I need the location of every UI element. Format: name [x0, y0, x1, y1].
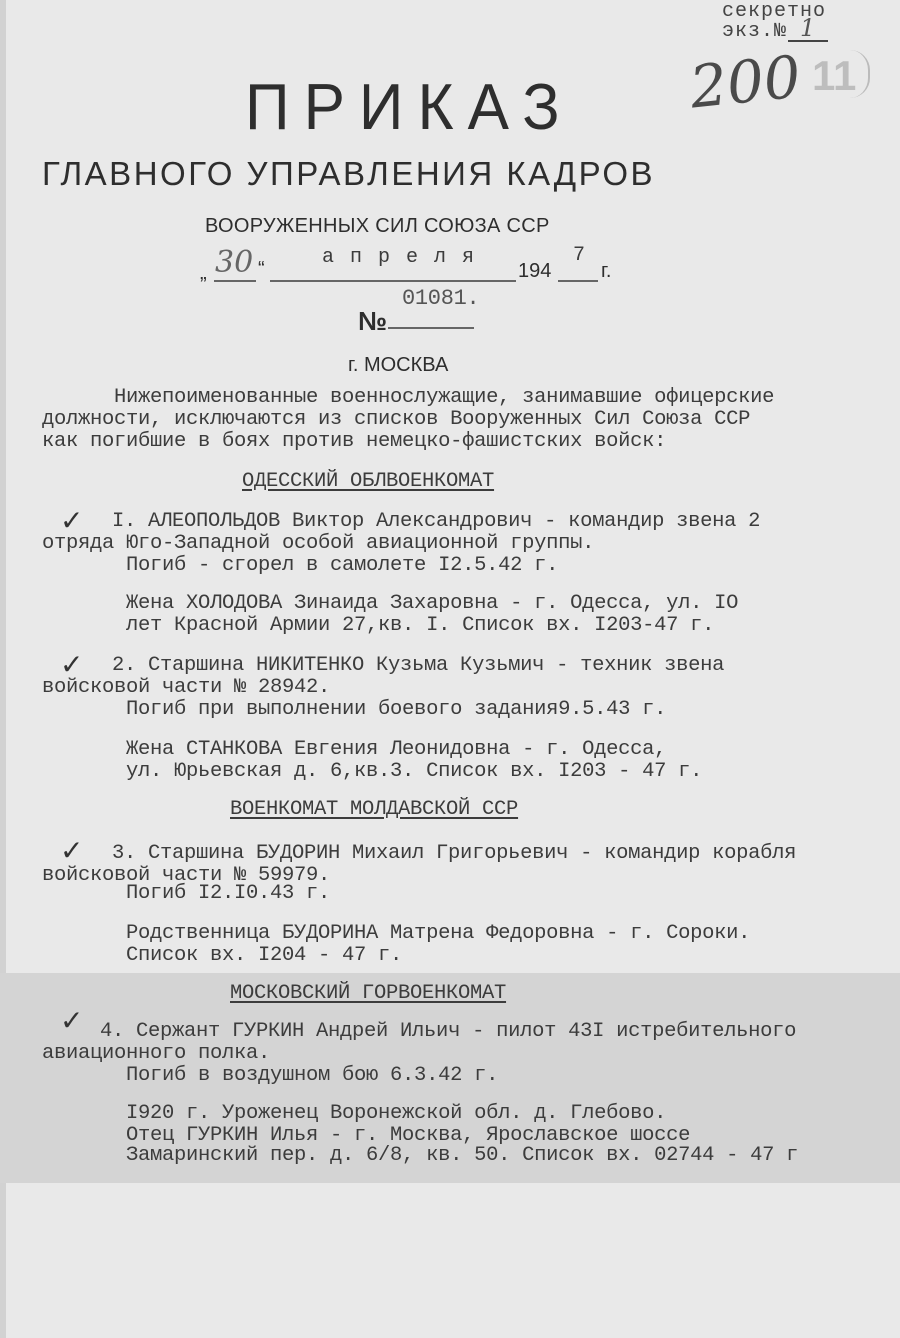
date-month: а п р е л я — [322, 246, 476, 269]
entry-4-line-1: 4. Сержант ГУРКИН Андрей Ильич - пилот 4… — [64, 1020, 796, 1043]
section-heading-moscow: МОСКОВСКИЙ ГОРВОЕНКОМАТ — [230, 982, 506, 1005]
date-day-rule — [214, 280, 256, 282]
date-year-rule — [558, 280, 598, 282]
date-year-unit: г. — [601, 260, 611, 283]
entry-1-line-3: Погиб - сгорел в самолете I2.5.42 г. — [42, 554, 558, 577]
date-year-prefix: 194 — [518, 260, 551, 283]
stamp-bracket — [848, 50, 870, 98]
document-title: ПРИКАЗ — [245, 70, 574, 145]
entry-2-line-3: Погиб при выполнении боевого задания9.5.… — [42, 698, 666, 721]
entry-4-line-2: авиационного полка. — [42, 1042, 270, 1065]
intro-line-3: как погибшие в боях против немецко-фашис… — [42, 430, 666, 453]
handwritten-number: 200 — [687, 42, 804, 121]
entry-3-line-3: Погиб I2.I0.43 г. — [42, 882, 330, 905]
date-open-quote: „ — [200, 262, 207, 285]
entry-1-line-1: I. АЛЕОПОЛЬДОВ Виктор Александрович - ко… — [88, 510, 760, 533]
document-subtitle-2: ВООРУЖЕННЫХ СИЛ СОЮЗА ССР — [205, 215, 550, 238]
order-number-label: № — [358, 306, 387, 337]
city: г. МОСКВА — [348, 354, 448, 377]
intro-line-2: должности, исключаются из списков Вооруж… — [42, 408, 750, 431]
entry-2-relative-2: ул. Юрьевская д. 6,кв.3. Список вх. I203… — [42, 760, 702, 783]
order-number-rule — [388, 327, 474, 329]
intro-line-1: Нижепоименованные военнослужащие, занима… — [42, 386, 774, 409]
order-number-value: 01081. — [402, 286, 479, 311]
entry-3-relative-2: Список вх. I204 - 47 г. — [42, 944, 402, 967]
entry-3-line-1: 3. Старшина БУДОРИН Михаил Григорьевич -… — [88, 842, 796, 865]
entry-2-relative-1: Жена СТАНКОВА Евгения Леонидовна - г. Од… — [42, 738, 666, 761]
entry-3-relative-1: Родственница БУДОРИНА Матрена Федоровна … — [42, 922, 750, 945]
date-close-quote: “ — [258, 258, 265, 281]
entry-4-relative-1: I920 г. Уроженец Воронежской обл. д. Гле… — [42, 1102, 666, 1125]
date-year-suffix: 7 — [573, 244, 585, 267]
entry-1-line-2: отряда Юго-Западной особой авиационной г… — [42, 532, 594, 555]
date-day: 30 — [215, 245, 253, 280]
entry-4-relative-3: Замаринский пер. д. 6/8, кв. 50. Список … — [42, 1144, 798, 1167]
section-heading-odessa: ОДЕССКИЙ ОБЛВОЕНКОМАТ — [242, 470, 494, 493]
copy-label: экз.№ — [722, 20, 787, 43]
entry-2-line-1: 2. Старшина НИКИТЕНКО Кузьма Кузьмич - т… — [88, 654, 724, 677]
check-mark-icon: ✓ — [60, 834, 83, 867]
copy-number: 1 — [800, 14, 815, 42]
section-heading-moldavia: ВОЕНКОМАТ МОЛДАВСКОЙ ССР — [230, 798, 518, 821]
date-month-rule — [270, 280, 516, 282]
entry-1-relative-2: лет Красной Армии 27,кв. I. Список вх. I… — [42, 614, 714, 637]
copy-number-rule — [788, 40, 828, 42]
entry-1-relative-1: Жена ХОЛОДОВА Зинаида Захаровна - г. Оде… — [42, 592, 738, 615]
entry-4-line-3: Погиб в воздушном бою 6.3.42 г. — [42, 1064, 498, 1087]
entry-2-line-2: войсковой части № 28942. — [42, 676, 330, 699]
document-subtitle: ГЛАВНОГО УПРАВЛЕНИЯ КАДРОВ — [42, 155, 655, 193]
